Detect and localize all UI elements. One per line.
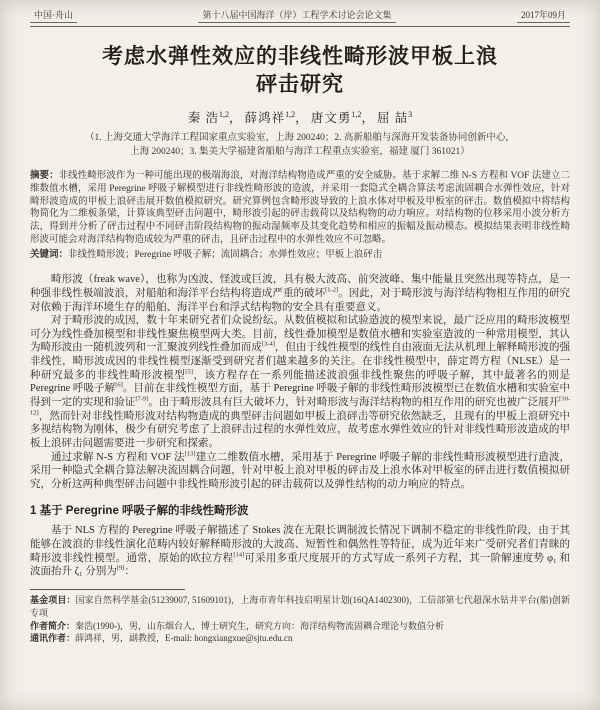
footnote-block: 基金项目：国家自然科学基金(51239007, 51609101)，上海市青年科… xyxy=(30,594,570,645)
author-list: 秦 浩1,2， 薛鸿祥1,2， 唐文勇1,2， 屈 喆3 xyxy=(30,108,570,126)
author-affil-mark: 3 xyxy=(408,110,412,119)
author-bio-label: 作者简介： xyxy=(30,621,75,631)
body-paragraph: 通过求解 N-S 方程和 VOF 法[13]建立二维数值水槽，采用基于 Pere… xyxy=(30,451,570,492)
author: 薛鸿祥1,2， xyxy=(245,111,308,125)
corresponding-author-text: 薛鸿祥，男，副教授，E-mail: hongxiangxue@sjtu.edu.… xyxy=(75,633,293,643)
footnote-divider xyxy=(30,589,185,590)
header-proceedings-title: 第十八届中国海洋（岸）工程学术讨论会论文集 xyxy=(198,8,395,23)
paper-title-line2: 砰击研究 xyxy=(256,73,344,96)
author-separator: ， xyxy=(295,111,308,125)
affiliation-block: （1. 上海交通大学海洋工程国家重点实验室，上海 200240；2. 高新船舶与… xyxy=(30,131,570,160)
author-name: 屈 喆 xyxy=(377,111,408,125)
abstract-label: 摘要： xyxy=(30,170,59,181)
author-bio-text: 秦浩(1990-)，男，山东烟台人，博士研究生，研究方向：海洋结构物流固耦合理论… xyxy=(75,621,444,631)
author: 屈 喆3 xyxy=(377,111,412,125)
author-separator: ， xyxy=(229,111,242,125)
corresponding-author-label: 通讯作者： xyxy=(30,633,75,643)
author-bio-note: 作者简介：秦浩(1990-)，男，山东烟台人，博士研究生，研究方向：海洋结构物流… xyxy=(30,620,570,633)
header-location: 中国·舟山 xyxy=(30,8,77,23)
corresponding-author-note: 通讯作者：薛鸿祥，男，副教授，E-mail: hongxiangxue@sjtu… xyxy=(30,632,570,645)
author-name: 秦 浩 xyxy=(188,111,219,125)
author-separator: ， xyxy=(361,111,374,125)
section-1-paragraph: 基于 NLS 方程的 Peregrine 呼吸子解描述了 Stokes 波在无限… xyxy=(30,524,570,579)
author-name: 薛鸿祥 xyxy=(245,111,286,125)
body-paragraph: 畸形波（freak wave），也称为凶波、怪波或巨波，具有极大波高、前突波峰、… xyxy=(30,273,570,314)
author: 唐文勇1,2， xyxy=(311,111,374,125)
header-date: 2017年09月 xyxy=(517,8,570,23)
abstract-text: 非线性畸形波作为一种可能出现的极端海浪，对海洋结构物造成严重的安全威胁。基于求解… xyxy=(30,171,570,245)
keywords-label: 关键词： xyxy=(30,249,68,260)
funding-text: 国家自然科学基金(51239007, 51609101)，上海市青年科技启明星计… xyxy=(30,595,570,618)
keywords: 关键词：非线性畸形波；Peregrine 呼吸子解；流固耦合；水弹性效应；甲板上… xyxy=(30,249,570,262)
affiliation-line: （1. 上海交通大学海洋工程国家重点实验室，上海 200240；2. 高新船舶与… xyxy=(30,131,570,145)
funding-label: 基金项目： xyxy=(30,595,76,605)
paper-page: 中国·舟山 第十八届中国海洋（岸）工程学术讨论会论文集 2017年09月 考虑水… xyxy=(0,0,600,710)
author-affil-mark: 1,2 xyxy=(219,110,229,119)
introduction-section: 畸形波（freak wave），也称为凶波、怪波或巨波，具有极大波高、前突波峰、… xyxy=(30,273,570,491)
author-affil-mark: 1,2 xyxy=(285,110,295,119)
paper-title-line1: 考虑水弹性效应的非线性畸形波甲板上浪 xyxy=(102,45,498,68)
author-affil-mark: 1,2 xyxy=(351,110,361,119)
page-header: 中国·舟山 第十八届中国海洋（岸）工程学术讨论会论文集 2017年09月 xyxy=(30,8,570,27)
keywords-text: 非线性畸形波；Peregrine 呼吸子解；流固耦合；水弹性效应；甲板上浪砰击 xyxy=(68,250,382,260)
author-name: 唐文勇 xyxy=(311,111,352,125)
section-1-heading: 1 基于 Peregrine 呼吸子解的非线性畸形波 xyxy=(30,502,570,518)
funding-note: 基金项目：国家自然科学基金(51239007, 51609101)，上海市青年科… xyxy=(30,594,570,620)
author: 秦 浩1,2， xyxy=(188,111,242,125)
abstract: 摘要：非线性畸形波作为一种可能出现的极端海浪，对海洋结构物造成严重的安全威胁。基… xyxy=(30,170,570,246)
paper-title: 考虑水弹性效应的非线性畸形波甲板上浪 砰击研究 xyxy=(30,43,570,100)
body-paragraph: 对于畸形波的成因，数十年来研究者们众说纷纭。从数值模拟和试验造波的模型来说，最广… xyxy=(30,314,570,450)
affiliation-line: 上海 200240；3. 集美大学福建省船舶与海洋工程重点实验室，福建 厦门 3… xyxy=(30,145,570,159)
